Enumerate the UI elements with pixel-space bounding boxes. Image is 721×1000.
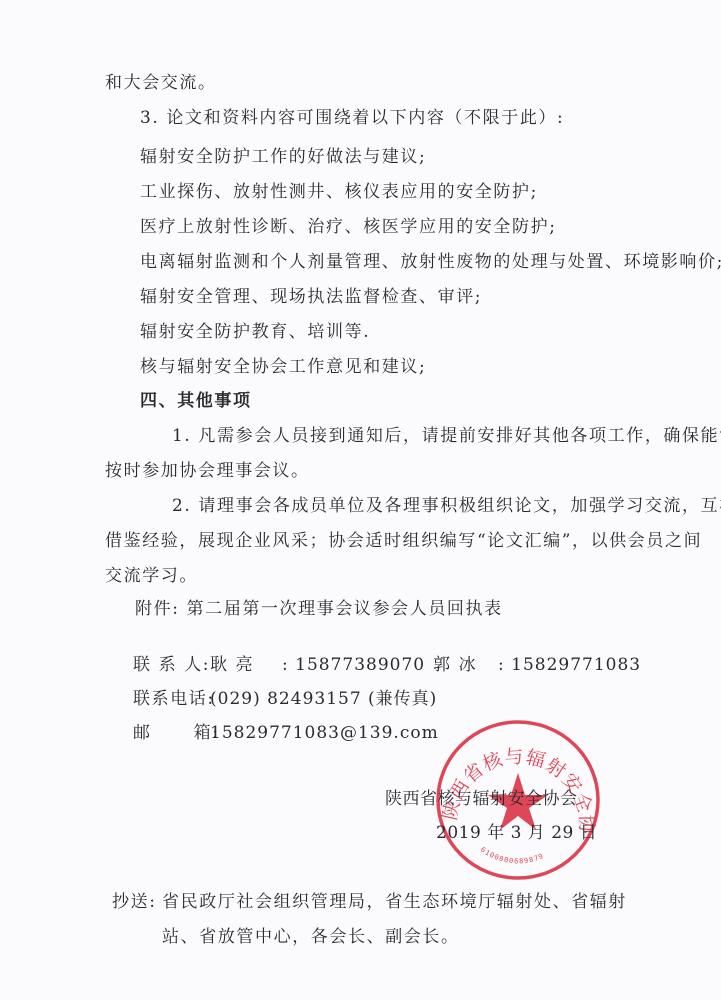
- phone-label: 联系电话:: [133, 688, 215, 710]
- topic-item: 医疗上放射性诊断、治疗、核医学应用的安全防护;: [140, 216, 557, 238]
- topic-item: 核与辐射安全协会工作意见和建议;: [140, 356, 426, 378]
- document-page: 和大会交流。 3. 论文和资料内容可围绕着以下内容（不限于此）: 辐射安全防护工…: [0, 0, 721, 1000]
- email-value: 15829771083@139.com: [210, 722, 439, 744]
- topic-item: 工业探伤、放射性测井、核仪表应用的安全防护;: [140, 181, 538, 203]
- email-label: 邮 箱:: [133, 722, 220, 744]
- section4-item2-line1: 2. 请理事会各成员单位及各理事积极组织论文，加强学习交流，互相: [172, 495, 721, 517]
- item3-heading: 3. 论文和资料内容可围绕着以下内容（不限于此）:: [140, 107, 564, 129]
- contact1-name: 耿 亮: [210, 654, 254, 676]
- topic-item: 辐射安全防护工作的好做法与建议;: [140, 146, 426, 168]
- section4-item2-line2: 借鉴经验，展现企业风采；协会适时组织编写“论文汇编”，以供会员之间: [105, 530, 702, 552]
- section4-heading: 四、其他事项: [140, 390, 252, 412]
- contact-label: 联 系 人:: [133, 654, 210, 676]
- contact1-phone: : 15877389070: [282, 654, 425, 676]
- phone-value: (029) 82493157 (兼传真): [210, 688, 437, 710]
- section4-item1-line1: 1. 凡需参会人员接到通知后，请提前安排好其他各项工作，确保能够: [172, 425, 721, 447]
- contact2-phone: : 15829771083: [498, 654, 641, 676]
- svg-text:6100000689879: 6100000689879: [479, 846, 545, 866]
- continuation-text: 和大会交流。: [105, 72, 217, 94]
- topic-item: 电离辐射监测和个人剂量管理、放射性废物的处理与处置、环境影响价;: [140, 251, 721, 273]
- signature-date: 2019 年 3 月 29 日: [436, 822, 597, 844]
- cc-line2: 站、省放管中心，各会长、副会长。: [162, 926, 460, 948]
- section4-item1-line2: 按时参加协会理事会议。: [105, 460, 310, 482]
- attachment-note: 附件: 第二届第一次理事会议参会人员回执表: [135, 598, 503, 620]
- contact2-name: 郭 冰: [433, 654, 477, 676]
- topic-item: 辐射安全管理、现场执法监督检查、审评;: [140, 286, 482, 308]
- signature-organization: 陕西省核与辐射安全协会: [385, 788, 578, 810]
- topic-item: 辐射安全防护教育、培训等.: [140, 321, 370, 343]
- cc-line1: 省民政厅社会组织管理局，省生态环境厅辐射处、省辐射: [162, 891, 627, 913]
- cc-label: 抄送:: [112, 891, 157, 913]
- section4-item2-line3: 交流学习。: [105, 565, 198, 587]
